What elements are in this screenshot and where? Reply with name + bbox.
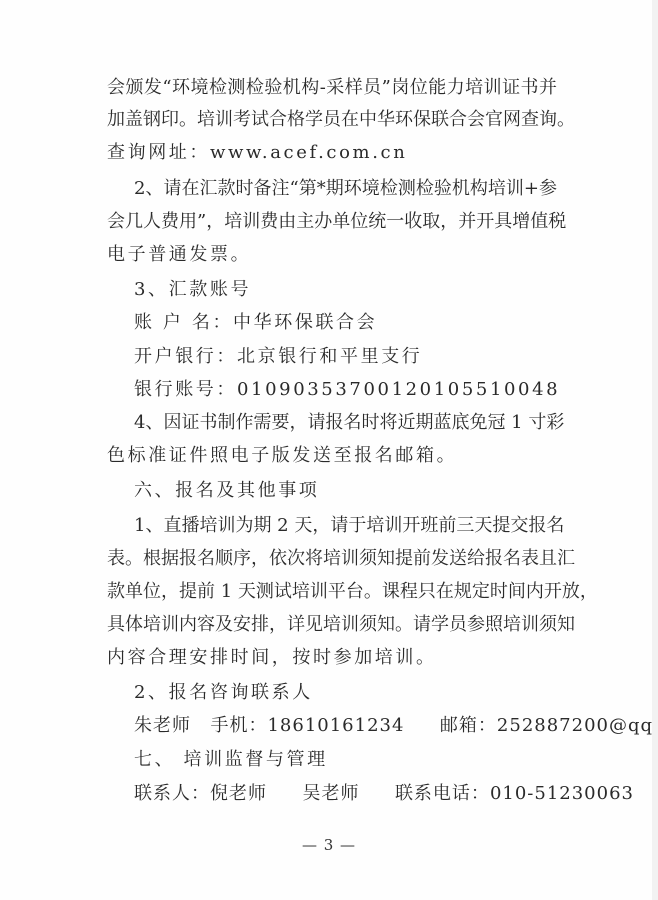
supervision-contact-line: 联系人：倪老师 吴老师 联系电话：010-51230063 bbox=[134, 779, 584, 809]
document-page: 会颁发“环境检测检验机构-采样员”岗位能力培训证书并加盖钢印。培训考试合格学员在… bbox=[0, 0, 658, 900]
paragraph-line: 六、报名及其他事项 bbox=[134, 476, 557, 506]
contact-1: 倪老师 bbox=[210, 783, 267, 804]
paragraph-line: 开户银行：北京银行和平里支行 bbox=[134, 342, 557, 372]
section-heading-supervision: 七、 培训监督与管理 bbox=[134, 745, 584, 775]
contact-heading-text: 2、报名咨询联系人 bbox=[134, 682, 313, 703]
paragraph-line: 会颁发“环境检测检验机构-采样员”岗位能力培训证书并 bbox=[107, 73, 557, 103]
paragraph-line: 具体培训内容及安排，详见培训须知。请学员参照培训须知 bbox=[107, 610, 557, 640]
paragraph-line: 款单位，提前 1 天测试培训平台。课程只在规定时间内开放， bbox=[107, 577, 557, 607]
tel-label: 联系电话： bbox=[395, 783, 490, 804]
paragraph-line: 会几人费用”，培训费由主办单位统一收取，并开具增值税 bbox=[107, 207, 557, 237]
supervision-heading-text: 七、 培训监督与管理 bbox=[134, 749, 328, 770]
page-edge-shadow bbox=[652, 0, 658, 900]
email-address: 252887200@qq.com bbox=[497, 715, 658, 736]
contact-2: 吴老师 bbox=[302, 783, 359, 804]
paragraph-line: 银行账号：01090353700120105510048 bbox=[134, 375, 557, 405]
phone-label: 手机： bbox=[210, 715, 267, 736]
paragraph-line: 查询网址：www.acef.com.cn bbox=[107, 138, 557, 168]
paragraph-line: 3、汇款账号 bbox=[134, 275, 557, 305]
contact-name: 朱老师 bbox=[134, 715, 191, 736]
tel-number: 010-51230063 bbox=[490, 783, 634, 804]
email-label: 邮箱： bbox=[440, 715, 497, 736]
paragraph-line: 账 户 名：中华环保联合会 bbox=[134, 308, 557, 338]
section-heading-contact: 2、报名咨询联系人 bbox=[134, 678, 584, 708]
paragraph-line: 内容合理安排时间，按时参加培训。 bbox=[107, 643, 557, 673]
page-number: — 3 — bbox=[0, 836, 658, 854]
paragraph-line: 1、直播培训为期 2 天，请于培训开班前三天提交报名 bbox=[134, 511, 557, 541]
paragraph-line: 2、请在汇款时备注“第*期环境检测检验机构培训+参 bbox=[134, 174, 557, 204]
paragraph-line: 加盖钢印。培训考试合格学员在中华环保联合会官网查询。 bbox=[107, 105, 557, 135]
contact-line: 朱老师 手机：18610161234 邮箱：252887200@qq.com bbox=[134, 711, 584, 741]
paragraph-line: 表。根据报名顺序，依次将培训须知提前发送给报名表且汇 bbox=[107, 544, 557, 574]
paragraph-line: 电子普通发票。 bbox=[107, 240, 557, 270]
paragraph-line: 色标准证件照电子版发送至报名邮箱。 bbox=[107, 441, 557, 471]
phone-number: 18610161234 bbox=[267, 715, 404, 736]
paragraph-line: 4、因证书制作需要，请报名时将近期蓝底免冠 1 寸彩 bbox=[134, 408, 557, 438]
contacts-label: 联系人： bbox=[134, 783, 210, 804]
